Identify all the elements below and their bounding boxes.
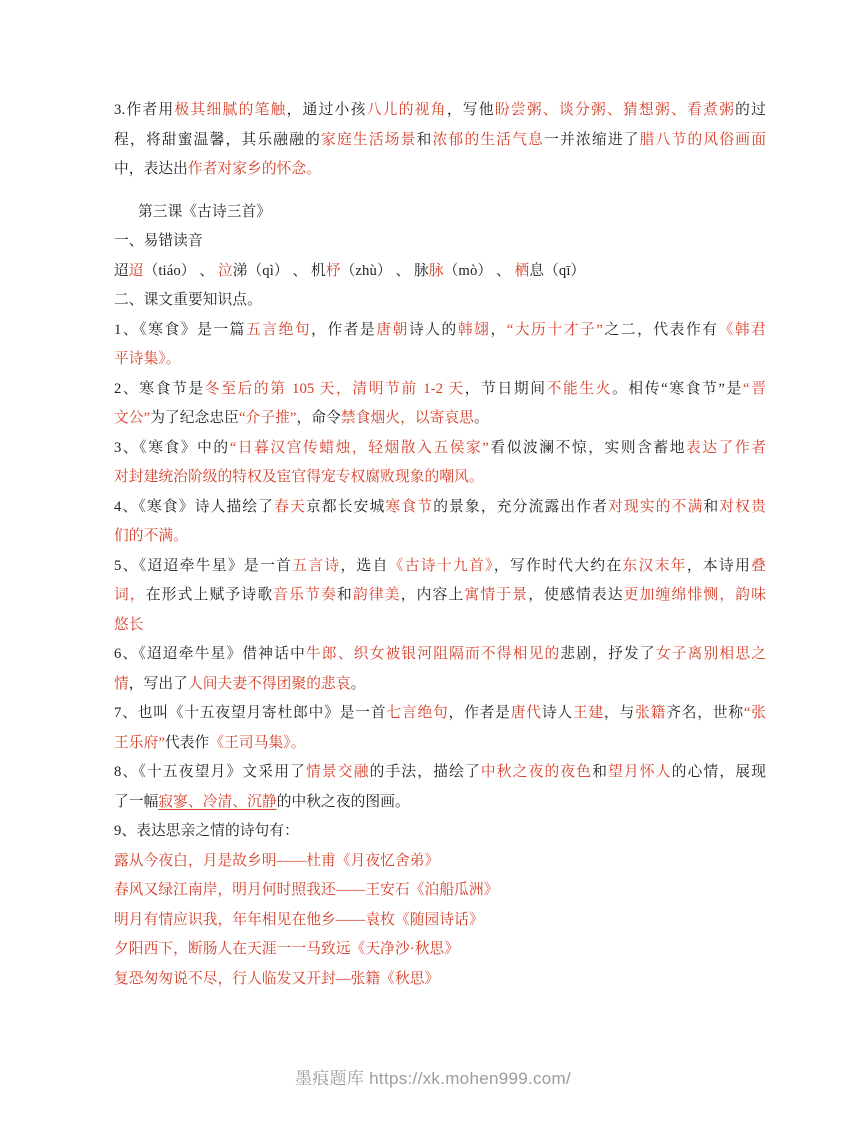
text-segment: ，本诗用: [687, 558, 751, 574]
text-segment: 情景交融: [306, 764, 370, 780]
text-segment: 人间夫妻不得团聚的悲哀: [188, 676, 351, 692]
text-segment: 《韩君: [719, 322, 766, 338]
text-segment: 不能生火: [547, 381, 612, 397]
text-line: 中，表达出作者对家乡的怀念。: [114, 155, 766, 185]
text-segment: 作者对家乡的怀念。: [188, 161, 321, 177]
text-segment: 3、《寒食》中的: [114, 440, 230, 456]
text-segment: 第三课《古诗三首》: [138, 204, 271, 220]
text-line: 情，写出了人间夫妻不得团聚的悲哀。: [114, 670, 766, 700]
text-segment: 表达了作者: [686, 440, 766, 456]
text-line: 5、《迢迢牵牛星》是一首五言诗，选自《古诗十九首》，写作时代大约在东汉末年，本诗…: [114, 552, 766, 582]
text-segment: 七言绝句: [386, 705, 448, 721]
text-segment: 更加缠绵悱恻，韵味: [624, 587, 766, 603]
text-line: 们的不满。: [114, 522, 766, 552]
text-segment: 夕阳西下，断肠人在天涯一一马致远《天净沙·秋思》: [114, 941, 459, 957]
text-segment: 9、表达思亲之情的诗句有：: [114, 823, 299, 839]
text-segment: “日暮汉宫传蜡烛，轻烟散入五侯家”: [230, 440, 489, 456]
text-segment: 露从今夜白，月是故乡明——杜甫《月夜忆舍弟》: [114, 853, 439, 869]
text-segment: 京都长安城: [306, 499, 386, 515]
text-segment: 二、课文重要知识点。: [114, 292, 262, 308]
text-segment: 浓郁的生活气息: [433, 132, 545, 148]
text-segment: 极其细腻的笔触: [175, 102, 287, 118]
text-segment: 之二，代表作有: [603, 322, 719, 338]
text-segment: 平诗集》。: [114, 351, 181, 367]
text-segment: 寒食节: [385, 499, 433, 515]
text-segment: 的过: [735, 102, 766, 118]
text-segment: 复恐匆匆说不尽，行人临发又开封—张籍《秋思》: [114, 971, 439, 987]
text-segment: ，节日期间: [465, 381, 547, 397]
text-segment: 悲剧，抒发了: [560, 646, 655, 662]
text-line: 悠长: [114, 611, 766, 641]
text-segment: 中秋之夜的夜色: [481, 764, 592, 780]
text-segment: 《古诗十九首》: [389, 558, 494, 574]
text-segment: 王建: [573, 705, 604, 721]
text-segment: 了一幅: [114, 794, 158, 810]
text-segment: 一、易错读音: [114, 233, 203, 249]
text-line: 程，将甜蜜温馨，其乐融融的家庭生活场景和浓郁的生活气息一并浓缩进了腊八节的风俗画…: [114, 126, 766, 156]
text-line: 3.作者用极其细腻的笔触，通过小孩八儿的视角，写他盼尝粥、谈分粥、猜想粥、看煮粥…: [114, 96, 766, 126]
text-segment: 春天: [274, 499, 306, 515]
text-segment: 迢: [114, 263, 129, 279]
text-segment: （tiáo） 、: [144, 263, 218, 279]
text-segment: 的心情，展现: [672, 764, 766, 780]
text-segment: 迢: [129, 263, 144, 279]
text-segment: 诗人: [542, 705, 573, 721]
text-segment: ，与: [604, 705, 635, 721]
text-segment: 明月有情应识我，年年相见在他乡——袁枚《随园诗话》: [114, 912, 484, 928]
text-segment: 中，表达出: [114, 161, 188, 177]
text-segment: 涕（qì） 、 机: [233, 263, 326, 279]
text-line: 对封建统治阶级的特权及宦官得宠专权腐败现象的嘲风。: [114, 463, 766, 493]
poem-line: 复恐匆匆说不尽，行人临发又开封—张籍《秋思》: [114, 965, 766, 995]
text-line: 4、《寒食》诗人描绘了春天京都长安城寒食节的景象，充分流露出作者对现实的不满和对…: [114, 493, 766, 523]
text-line: 6、《迢迢牵牛星》借神话中牛郎、织女被银河阻隔而不得相见的悲剧，抒发了女子离别相…: [114, 640, 766, 670]
text-segment: 寂寥、冷清、沉静: [158, 794, 276, 810]
text-line: 文公”为了纪念忠臣“介子推”，命令禁食烟火，以寄哀思。: [114, 404, 766, 434]
text-segment: 代表作: [165, 735, 209, 751]
text-segment: 牛郎、织女被银河阻隔而不得相见的: [306, 646, 560, 662]
poem-line: 夕阳西下，断肠人在天涯一一马致远《天净沙·秋思》: [114, 935, 766, 965]
text-segment: 们的不满。: [114, 528, 188, 544]
text-segment: 韩翃: [458, 322, 491, 338]
text-segment: 脉: [429, 263, 444, 279]
text-segment: 和: [337, 587, 353, 603]
text-segment: 4、《寒食》诗人描绘了: [114, 499, 274, 515]
text-segment: 女子离别相思之: [656, 646, 766, 662]
text-line: 8、《十五夜望月》文采用了情景交融的手法，描绘了中秋之夜的夜色和望月怀人的心情，…: [114, 758, 766, 788]
text-segment: 唐朝: [376, 322, 409, 338]
text-segment: 齐名，世称: [666, 705, 744, 721]
text-line: 2、寒食节是冬至后的第 105 天，清明节前 1-2 天，节日期间不能生火。相传…: [114, 375, 766, 405]
text-segment: 悠长: [114, 617, 144, 633]
poem-line: 春风又绿江南岸，明月何时照我还——王安石《泊船瓜洲》: [114, 876, 766, 906]
text-line: 1、《寒食》是一篇五言绝句，作者是唐朝诗人的韩翃，“大历十才子”之二，代表作有《…: [114, 316, 766, 346]
text-segment: ，: [490, 322, 506, 338]
lesson-title: 第三课《古诗三首》: [114, 198, 766, 228]
text-segment: 。: [474, 410, 489, 426]
text-segment: ，命令: [297, 410, 341, 426]
text-segment: 8、《十五夜望月》文采用了: [114, 764, 306, 780]
text-segment: 和: [703, 499, 719, 515]
text-segment: 五言诗: [292, 558, 340, 574]
text-segment: 禁食烟火，以寄哀思: [341, 410, 474, 426]
text-segment: ，写出了: [129, 676, 188, 692]
text-segment: 春风又绿江南岸，明月何时照我还——王安石《泊船瓜洲》: [114, 882, 498, 898]
text-segment: 对权贵: [719, 499, 766, 515]
text-segment: 诗人的: [409, 322, 458, 338]
page-footer: 墨痕题库 https://xk.mohen999.com/: [0, 1064, 866, 1089]
text-segment: ，选自: [340, 558, 388, 574]
text-segment: 泣: [218, 263, 233, 279]
text-segment: 。相传“寒食节”是: [612, 381, 743, 397]
text-segment: 寓情于景: [464, 587, 528, 603]
document-content: 3.作者用极其细腻的笔触，通过小孩八儿的视角，写他盼尝粥、谈分粥、猜想粥、看煮粥…: [114, 96, 766, 994]
section-heading: 一、易错读音: [114, 227, 766, 257]
text-segment: 的景象，充分流露出作者: [433, 499, 608, 515]
text-segment: 张籍: [635, 705, 666, 721]
text-segment: 对封建统治阶级的特权及宦官得宠专权腐败现象的嘲风。: [114, 469, 484, 485]
text-segment: ，写他: [447, 102, 495, 118]
text-segment: 东汉末年: [623, 558, 687, 574]
text-segment: 3.作者用: [114, 102, 175, 118]
text-segment: 五言绝句: [246, 322, 311, 338]
text-segment: 唐代: [511, 705, 542, 721]
text-segment: 叠: [751, 558, 766, 574]
text-segment: 王乐府”: [114, 735, 165, 751]
text-segment: 《王司马集》。: [209, 735, 305, 751]
text-segment: 冬至后的第 105 天，清明节前 1-2 天: [205, 381, 465, 397]
poem-line: 明月有情应识我，年年相见在他乡——袁枚《随园诗话》: [114, 906, 766, 936]
text-segment: 八儿的视角: [367, 102, 447, 118]
text-line: 9、表达思亲之情的诗句有：: [114, 817, 766, 847]
text-segment: 一并浓缩进了: [544, 132, 640, 148]
text-segment: 韵律美: [353, 587, 401, 603]
text-line: 了一幅寂寥、冷清、沉静的中秋之夜的图画。: [114, 788, 766, 818]
text-segment: ，作者是: [311, 322, 376, 338]
text-line: 平诗集》。: [114, 345, 766, 375]
section-heading: 二、课文重要知识点。: [114, 286, 766, 316]
text-segment: 的中秋之夜的图画。: [277, 794, 410, 810]
text-segment: ，使感情表达: [528, 587, 624, 603]
text-segment: 6、《迢迢牵牛星》借神话中: [114, 646, 306, 662]
text-segment: 程，将甜蜜温馨，其乐融融的: [114, 132, 321, 148]
text-line: 王乐府”代表作《王司马集》。: [114, 729, 766, 759]
text-segment: 息（qī）: [529, 263, 585, 279]
text-segment: 在形式上赋予诗歌: [146, 587, 273, 603]
document-page: 3.作者用极其细腻的笔触，通过小孩八儿的视角，写他盼尝粥、谈分粥、猜想粥、看煮粥…: [0, 0, 866, 1122]
text-line: 词，在形式上赋予诗歌音乐节奏和韵律美，内容上寓情于景，使感情表达更加缠绵悱恻，韵…: [114, 581, 766, 611]
footer-text: 墨痕题库 https://xk.mohen999.com/: [295, 1069, 571, 1088]
text-segment: 文公”: [114, 410, 150, 426]
text-segment: （zhù） 、 脉: [341, 263, 429, 279]
text-segment: 为了纪念忠臣: [150, 410, 239, 426]
text-segment: （mò） 、: [444, 263, 515, 279]
text-segment: 和: [417, 132, 433, 148]
text-segment: 的手法，描绘了: [370, 764, 481, 780]
text-segment: 望月怀人: [608, 764, 672, 780]
text-segment: “张: [744, 705, 766, 721]
text-segment: 家庭生活场景: [321, 132, 417, 148]
text-segment: 和: [592, 764, 608, 780]
text-segment: 对现实的不满: [608, 499, 703, 515]
text-segment: 腊八节的风俗画面: [640, 132, 766, 148]
text-segment: 。: [351, 676, 366, 692]
text-segment: “大历十才子”: [507, 322, 603, 338]
text-line: 3、《寒食》中的“日暮汉宫传蜡烛，轻烟散入五侯家”看似波澜不惊，实则含蓄地表达了…: [114, 434, 766, 464]
text-segment: ，通过小孩: [287, 102, 367, 118]
text-segment: 栖: [515, 263, 530, 279]
text-segment: ，内容上: [401, 587, 465, 603]
text-segment: 音乐节奏: [273, 587, 337, 603]
text-segment: 盼尝粥、谈分粥、猜想粥、看煮粥: [495, 102, 735, 118]
text-segment: “晋: [743, 381, 766, 397]
text-segment: 2、寒食节是: [114, 381, 205, 397]
text-segment: 情: [114, 676, 129, 692]
poem-line: 露从今夜白，月是故乡明——杜甫《月夜忆舍弟》: [114, 847, 766, 877]
text-segment: ，写作时代大约在: [494, 558, 623, 574]
text-segment: 词，: [114, 587, 146, 603]
text-segment: 5、《迢迢牵牛星》是一首: [114, 558, 292, 574]
text-line: 7、也叫《十五夜望月寄杜郎中》是一首七言绝句，作者是唐代诗人王建，与张籍齐名，世…: [114, 699, 766, 729]
text-segment: 7、也叫《十五夜望月寄杜郎中》是一首: [114, 705, 386, 721]
text-segment: 1、《寒食》是一篇: [114, 322, 246, 338]
text-segment: 杼: [326, 263, 341, 279]
text-segment: 看似波澜不惊，实则含蓄地: [489, 440, 686, 456]
pinyin-line: 迢迢（tiáo） 、 泣涕（qì） 、 机杼（zhù） 、 脉脉（mò） 、 栖…: [114, 257, 766, 287]
text-segment: ，作者是: [449, 705, 511, 721]
text-segment: “介子推”: [239, 410, 297, 426]
